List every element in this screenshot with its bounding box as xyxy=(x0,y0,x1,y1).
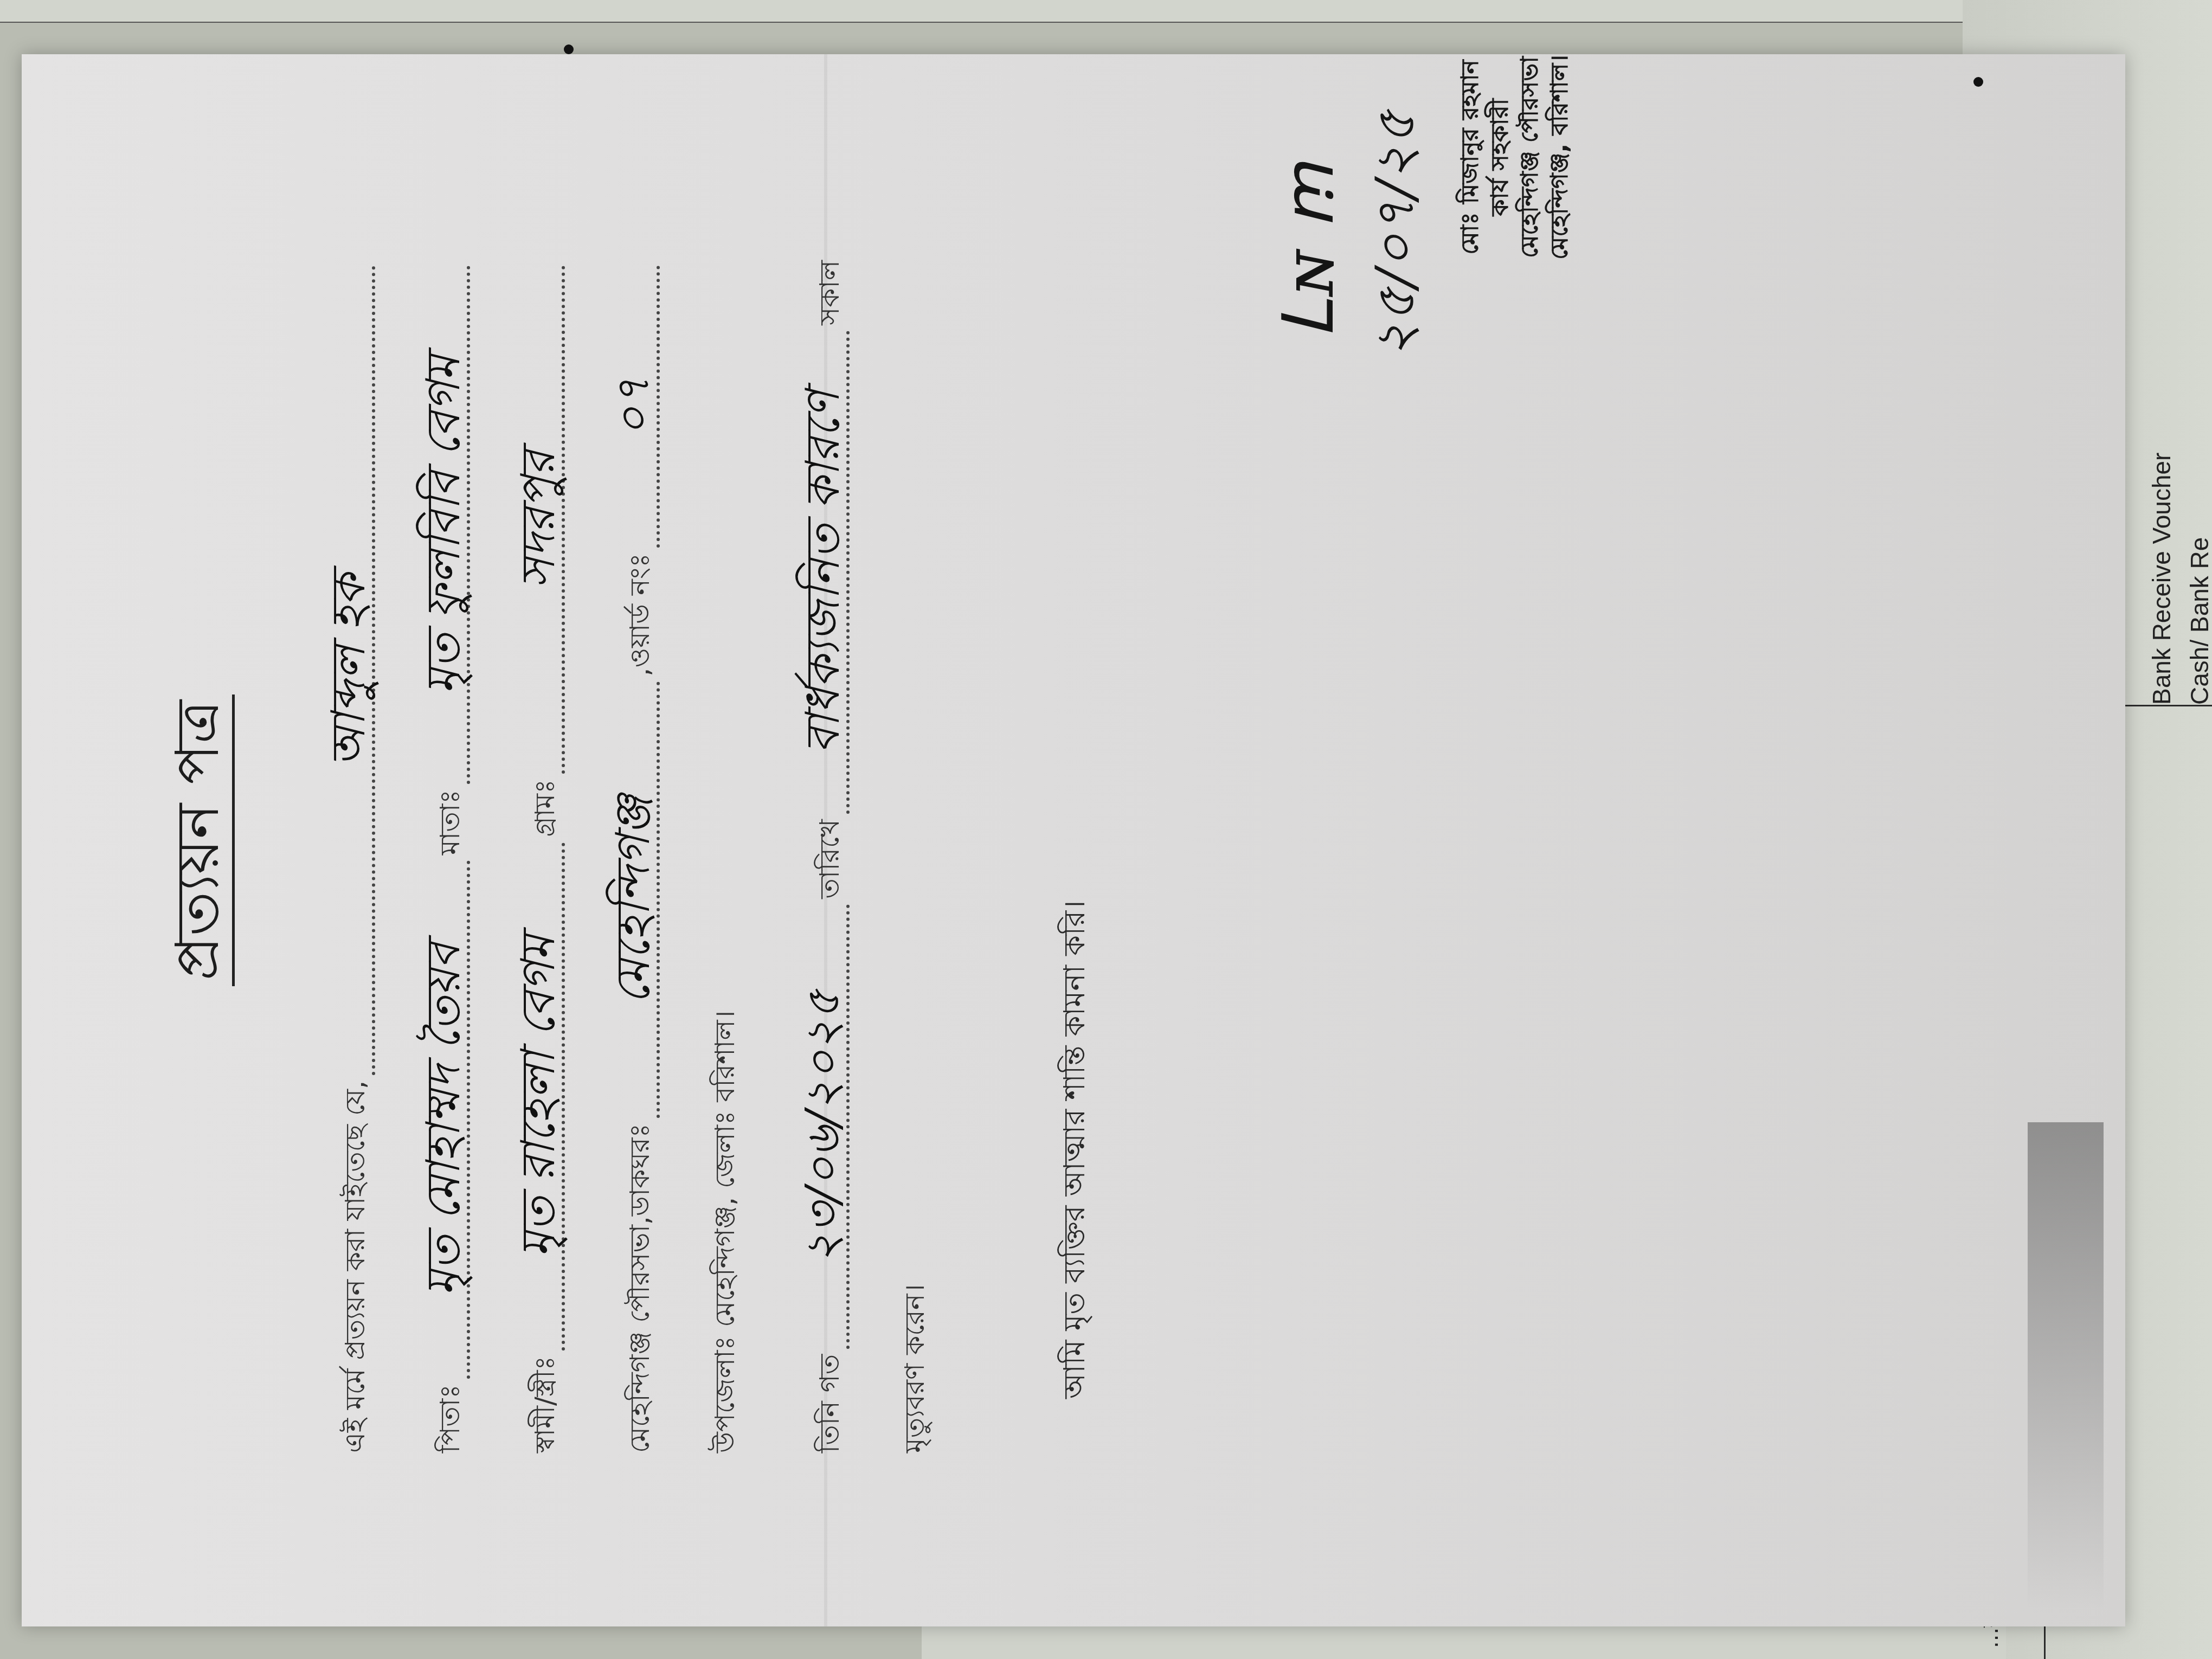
post-office: মেহেন্দিগঞ্জ xyxy=(610,681,660,1117)
ward-label: ,ওয়ার্ড নংঃ xyxy=(620,553,665,676)
stamp-line: মেহেন্দিগঞ্জ, বরিশাল। xyxy=(1545,0,1574,380)
certificate-title: প্রত্যয়ন পত্র xyxy=(152,54,252,1626)
line-spouse: স্বামী/স্ত্রীঃ মৃত রাহেলা বেগম গ্রামঃ সদ… xyxy=(515,260,610,1453)
signature-block: Ꮮɴ ꭑ ২৫/০৭/২৫ মোঃ মিজানুর রহমান কার্য সহ… xyxy=(1258,0,1574,380)
stamp-line: কার্য সহকারী xyxy=(1485,0,1515,380)
intro-label: এই মর্মে প্রত্যয়ন করা যাইতেছে যে, xyxy=(335,1081,380,1453)
village-label: গ্রামঃ xyxy=(525,779,570,837)
father-label: পিতাঃ xyxy=(430,1384,475,1453)
line-parents: পিতাঃ মৃত মোহাম্মদ তৈয়ব মাতাঃ মৃত ফুলবি… xyxy=(420,260,515,1453)
background-form-top-edge xyxy=(0,0,2212,23)
ink-dot xyxy=(564,44,574,54)
stamp-line: মোঃ মিজানুর রহমান xyxy=(1455,0,1485,380)
official-stamp: মোঃ মিজানুর রহমান কার্য সহকারী মেহেন্দিগ… xyxy=(1455,0,1574,380)
signature-date: ২৫/০৭/২৫ xyxy=(1354,0,1444,358)
line-death-end: মৃত্যুবরণ করেন। xyxy=(895,260,989,1453)
title-text: প্রত্যয়ন পত্র xyxy=(163,695,235,986)
cash-bank-label: Cash/ Bank Re xyxy=(2185,537,2212,705)
certificate-sheet: প্রত্যয়ন পত্র এই মর্মে প্রত্যয়ন করা যা… xyxy=(22,54,2125,1626)
post-label: ডাকঘরঃ xyxy=(620,1123,665,1216)
death-prefix: তিনি গত xyxy=(809,1354,854,1453)
death-time: সকাল xyxy=(809,260,854,325)
mother-name: মৃত ফুলবিবি বেগম xyxy=(420,266,470,784)
stamp-line: মেহেন্দিগঞ্জ পৌরসভা xyxy=(1515,0,1545,380)
photocopy-smudge xyxy=(2028,1122,2104,1610)
area-prefix: মেহেন্দিগঞ্জ পৌরসভা, xyxy=(620,1216,665,1453)
line-name: এই মর্মে প্রত্যয়ন করা যাইতেছে যে, আব্দু… xyxy=(325,260,420,1453)
certificate-body: এই মর্মে প্রত্যয়ন করা যাইতেছে যে, আব্দু… xyxy=(325,260,989,1453)
spouse-name: মৃত রাহেলা বেগম xyxy=(515,843,565,1351)
line-death: তিনি গত ২৩/০৬/২০২৫ তারিখে বার্ধক্যজনিত ক… xyxy=(800,260,895,1453)
father-name: মৃত মোহাম্মদ তৈয়ব xyxy=(420,860,470,1379)
deceased-name: আব্দুল হক xyxy=(325,266,375,1075)
death-date: ২৩/০৬/২০২৫ xyxy=(800,904,850,1349)
death-date-suffix: তারিখে xyxy=(809,819,854,899)
death-cause: বার্ধক্যজনিত কারণে xyxy=(800,331,850,814)
signature: Ꮮɴ ꭑ xyxy=(1258,0,1354,336)
ward-number: ০৭ xyxy=(610,266,660,548)
upazila-district: উপজেলাঃ মেহেন্দিগঞ্জ, জেলাঃ বরিশাল। xyxy=(705,1011,750,1453)
village-name: সদরপুর xyxy=(515,266,565,774)
mother-label: মাতাঃ xyxy=(430,789,475,855)
prayer-line: আমি মৃত ব্যক্তির আত্মার শান্তি কামনা করি… xyxy=(1052,901,1101,1399)
line-address: মেহেন্দিগঞ্জ পৌরসভা, ডাকঘরঃ মেহেন্দিগঞ্জ… xyxy=(610,260,705,1453)
ink-dot xyxy=(1973,77,1983,87)
spouse-label: স্বামী/স্ত্রীঃ xyxy=(525,1356,570,1453)
line-upazila: উপজেলাঃ মেহেন্দিগঞ্জ, জেলাঃ বরিশাল। xyxy=(705,260,800,1453)
voucher-title: Bank Receive Voucher xyxy=(2147,453,2176,705)
death-end: মৃত্যুবরণ করেন। xyxy=(895,1284,940,1453)
